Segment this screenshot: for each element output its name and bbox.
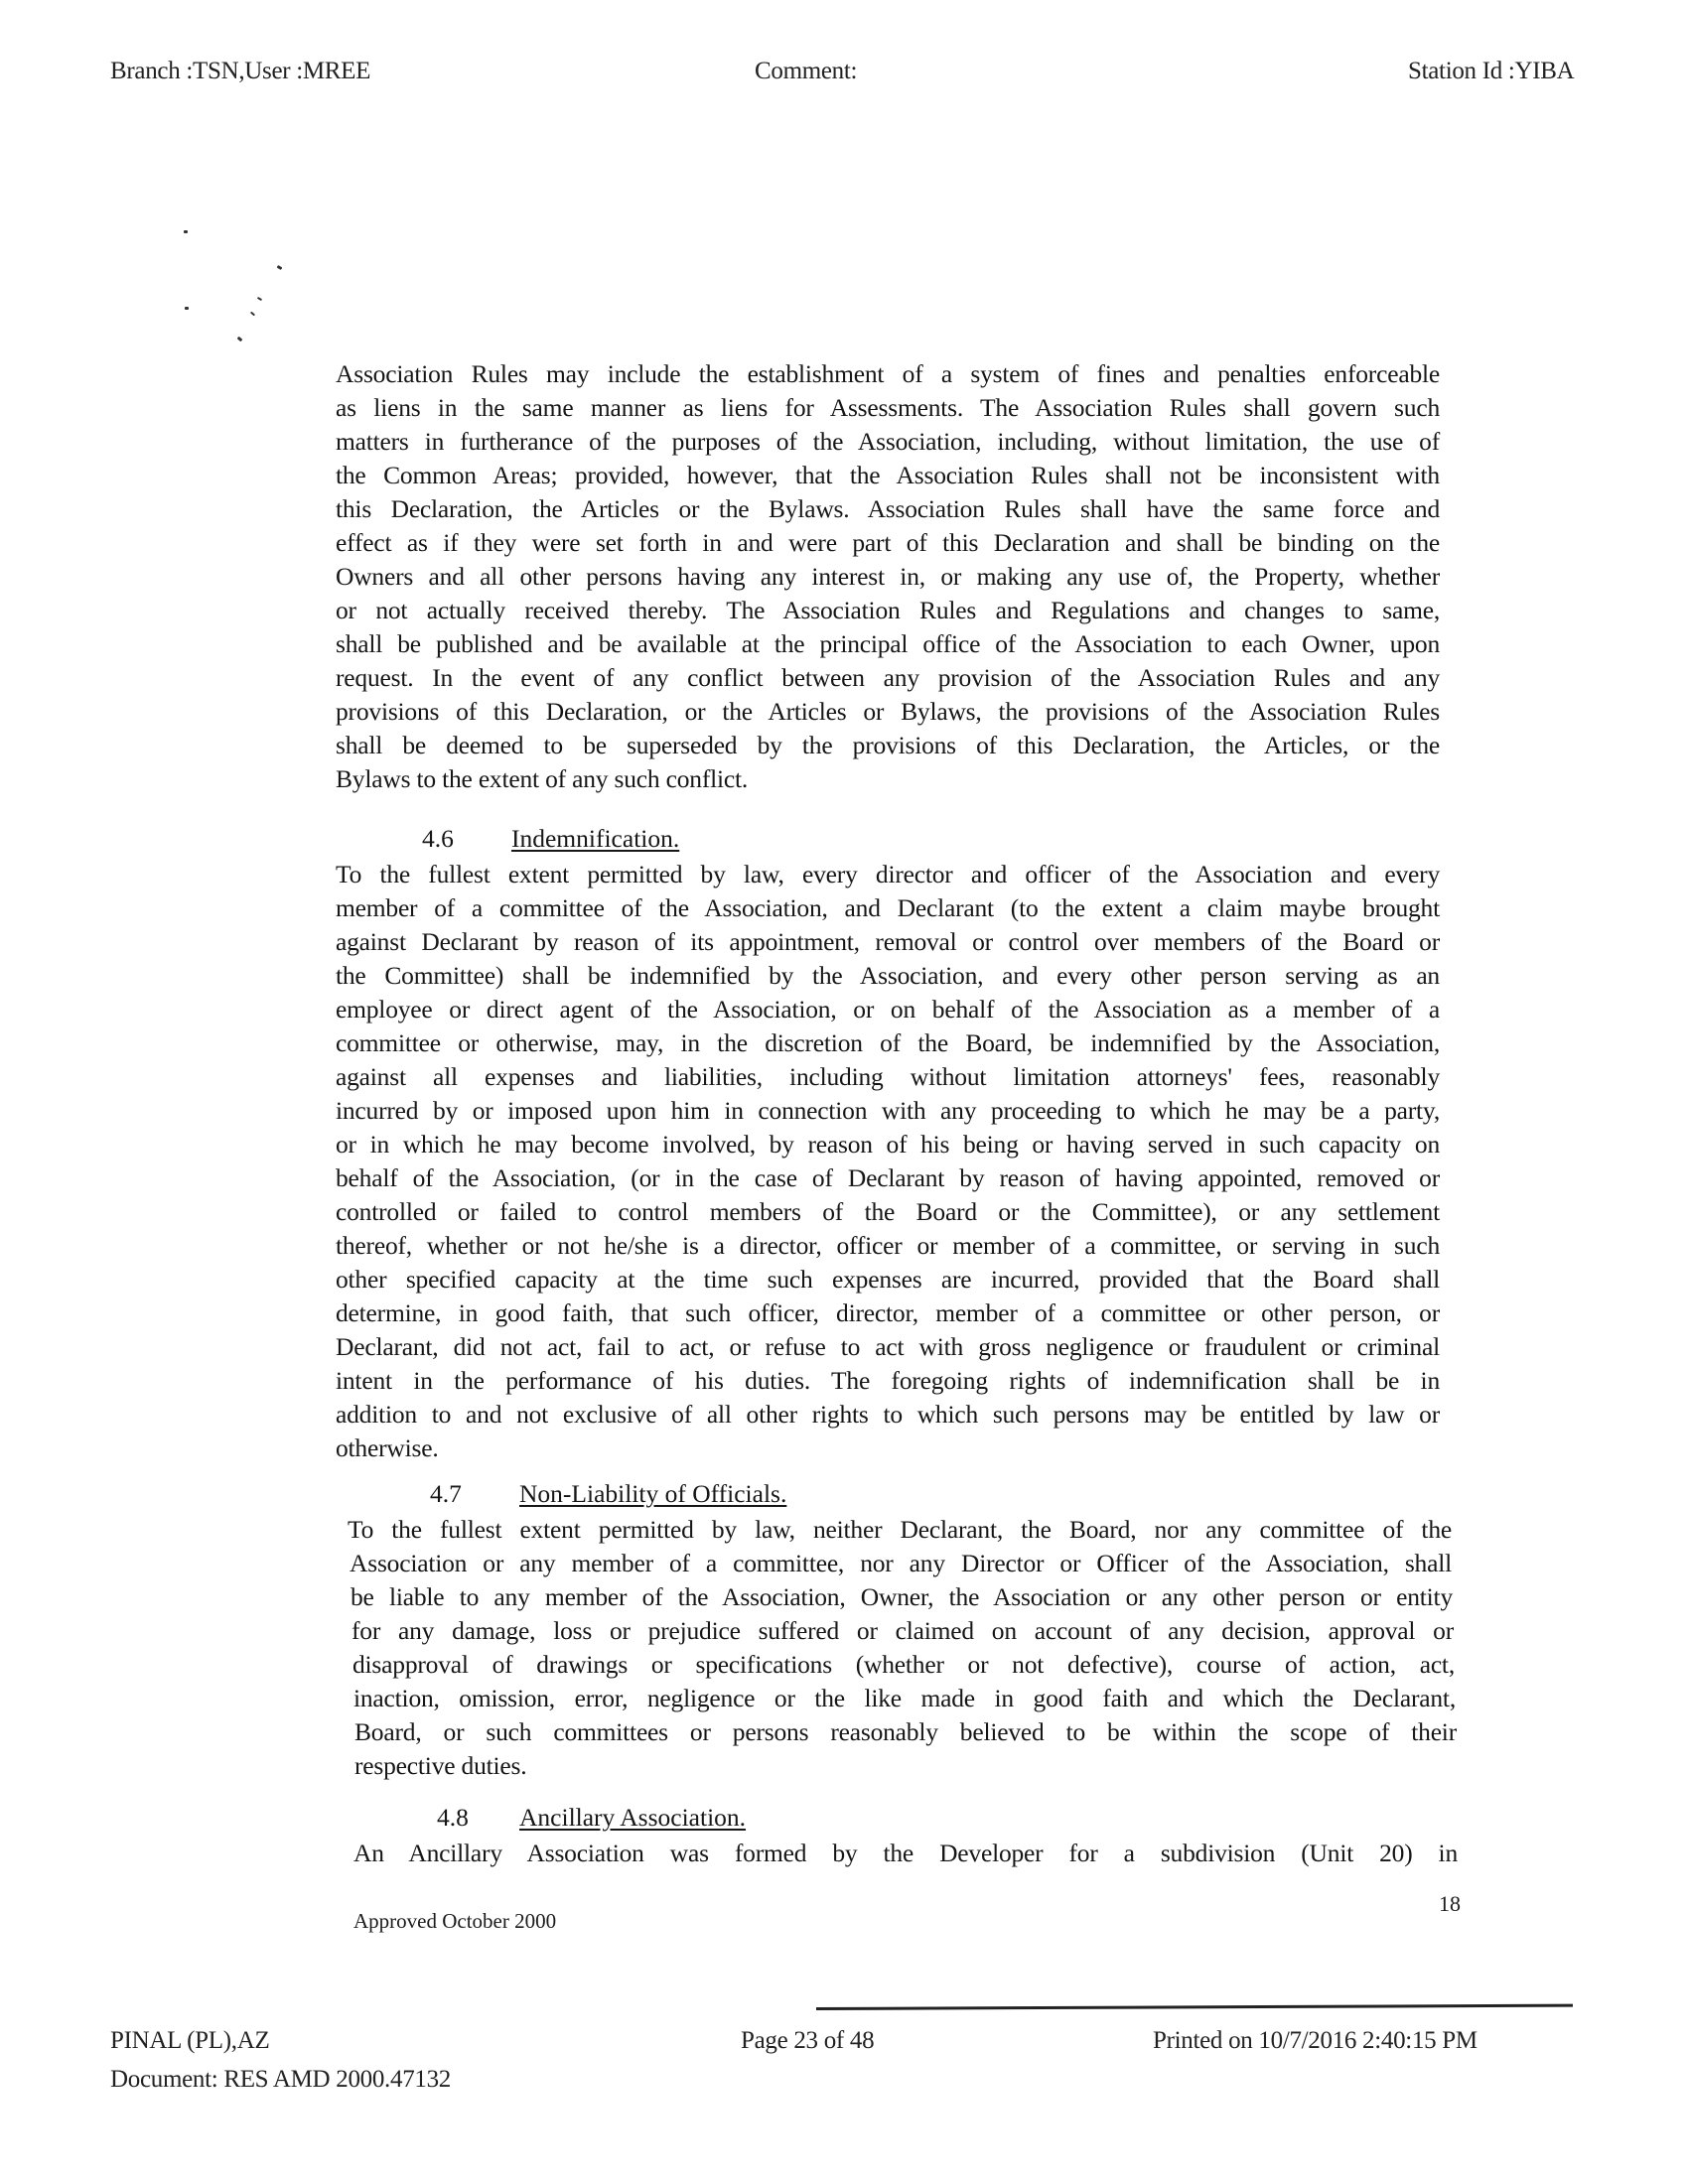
text-line: disapproval of drawings or specification… <box>352 1648 1455 1682</box>
text-line: intent in the performance of his duties.… <box>336 1364 1440 1398</box>
text-line: To the fullest extent permitted by law, … <box>336 858 1440 891</box>
text-line: or not actually received thereby. The As… <box>336 594 1440 627</box>
text-line: the Committee) shall be indemnified by t… <box>336 959 1440 993</box>
footer-county: PINAL (PL),AZ <box>110 2027 269 2055</box>
scan-speck <box>184 230 188 233</box>
header-branch-user: Branch :TSN,User :MREE <box>110 58 370 85</box>
text-line: be liable to any member of the Associati… <box>351 1580 1453 1614</box>
text-line: controlled or failed to control members … <box>336 1195 1440 1229</box>
text-line: behalf of the Association, (or in the ca… <box>336 1161 1440 1195</box>
text-line: request. In the event of any conflict be… <box>336 661 1440 695</box>
text-line: To the fullest extent permitted by law, … <box>348 1513 1452 1547</box>
text-line: this Declaration, the Articles or the By… <box>336 492 1440 526</box>
text-line: provisions of this Declaration, or the A… <box>336 695 1440 729</box>
text-line: effect as if they were set forth in and … <box>336 526 1440 560</box>
footer-page-count: Page 23 of 48 <box>741 2027 874 2055</box>
text-line: employee or direct agent of the Associat… <box>336 993 1440 1026</box>
scan-speck <box>277 265 283 270</box>
scan-speck <box>237 337 243 342</box>
text-line: Association or any member of a committee… <box>350 1547 1452 1580</box>
text-line: member of a committee of the Association… <box>336 891 1440 925</box>
text-line: inaction, omission, error, negligence or… <box>353 1682 1456 1715</box>
text-line: Association Rules may include the establ… <box>336 357 1440 391</box>
section-number: 4.8 <box>437 1803 519 1833</box>
text-line: shall be published and be available at t… <box>336 627 1440 661</box>
approved-date: Approved October 2000 <box>353 1909 556 1934</box>
text-line: determine, in good faith, that such offi… <box>336 1297 1440 1330</box>
section-heading: 4.6Indemnification. <box>422 824 679 854</box>
section-number: 4.7 <box>430 1479 519 1509</box>
text-line: An Ancillary Association was formed by t… <box>353 1837 1458 1870</box>
text-line: committee or otherwise, may, in the disc… <box>336 1026 1440 1060</box>
section-number: 4.6 <box>422 824 511 854</box>
text-line: otherwise. <box>336 1432 1440 1465</box>
scan-speck <box>257 297 262 301</box>
text-line: Board, or such committees or persons rea… <box>354 1715 1457 1749</box>
section-title: Ancillary Association. <box>519 1803 746 1832</box>
text-line: Owners and all other persons having any … <box>336 560 1440 594</box>
document-page-number: 18 <box>1439 1891 1461 1917</box>
scan-speck <box>250 312 255 317</box>
text-line: Declarant, did not act, fail to act, or … <box>336 1330 1440 1364</box>
text-line: thereof, whether or not he/she is a dire… <box>336 1229 1440 1263</box>
section-title: Indemnification. <box>511 824 679 853</box>
text-line: addition to and not exclusive of all oth… <box>336 1398 1440 1432</box>
text-line: the Common Areas; provided, however, tha… <box>336 459 1440 492</box>
text-line: or in which he may become involved, by r… <box>336 1128 1440 1161</box>
scan-speck <box>185 307 189 310</box>
section-title: Non-Liability of Officials. <box>519 1479 786 1508</box>
header-station-id: Station Id :YIBA <box>1408 58 1574 85</box>
footer-rule <box>816 2004 1573 2010</box>
footer-document-id: Document: RES AMD 2000.47132 <box>110 2066 451 2094</box>
section-heading: 4.7Non-Liability of Officials. <box>430 1479 786 1509</box>
text-line: Bylaws to the extent of any such conflic… <box>336 762 1440 796</box>
text-line: incurred by or imposed upon him in conne… <box>336 1094 1440 1128</box>
header-comment: Comment: <box>755 58 857 85</box>
text-line: matters in furtherance of the purposes o… <box>336 425 1440 459</box>
text-line: for any damage, loss or prejudice suffer… <box>352 1614 1454 1648</box>
text-line: against all expenses and liabilities, in… <box>336 1060 1440 1094</box>
text-line: other specified capacity at the time suc… <box>336 1263 1440 1297</box>
text-line: respective duties. <box>354 1749 1457 1783</box>
section-heading: 4.8Ancillary Association. <box>437 1803 746 1833</box>
text-line: against Declarant by reason of its appoi… <box>336 925 1440 959</box>
text-line: shall be deemed to be superseded by the … <box>336 729 1440 762</box>
footer-printed-timestamp: Printed on 10/7/2016 2:40:15 PM <box>1153 2027 1477 2055</box>
text-line: as liens in the same manner as liens for… <box>336 391 1440 425</box>
